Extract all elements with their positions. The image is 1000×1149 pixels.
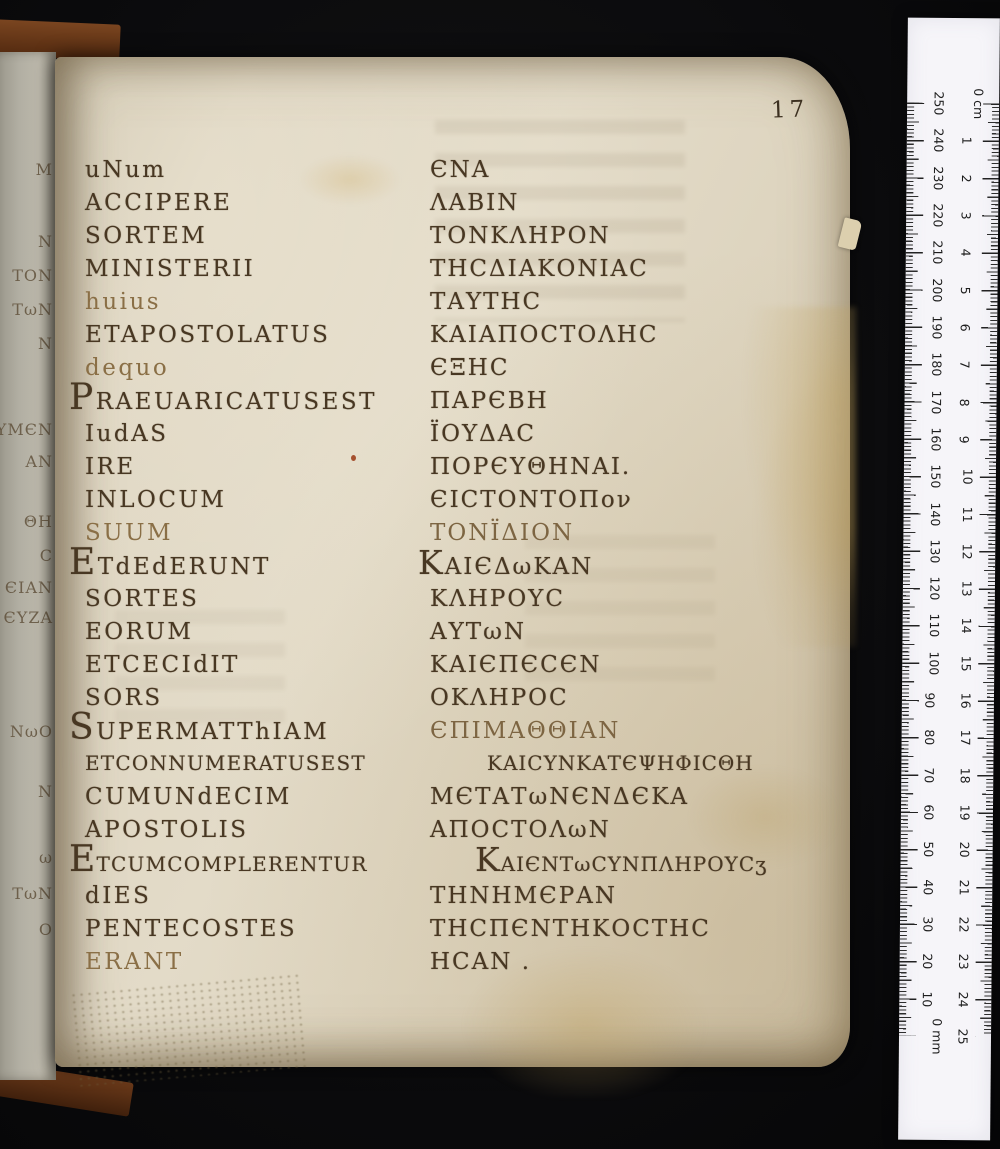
ruler-label-cm: 4	[958, 249, 973, 257]
ruler-label-mm: 140	[928, 502, 943, 526]
manuscript-line: SORTESΚΛΗΡΟΥС	[85, 586, 845, 619]
latin-text: PRAEUARICATUSEST	[85, 388, 377, 415]
latin-text: SORTEM	[85, 223, 207, 249]
ruler-label-cm: 21	[957, 879, 972, 895]
greek-text: ΠΟΡЄΥΘΗΝΑΙ.	[430, 454, 631, 480]
ruler-label-cm: 18	[958, 767, 973, 783]
ruler-label-mm: 200	[930, 278, 945, 302]
greek-text: ΑΠΟСΤΟΛωΝ	[430, 817, 611, 843]
facing-page-text-fragment: ΝωΟ	[10, 722, 53, 741]
facing-page-text-fragment: Ν	[38, 782, 53, 801]
ruler-label-cm: 9	[957, 435, 972, 443]
ruler-label-cm: 16	[958, 693, 973, 709]
greek-text: ΚΑΙЄΔωΚΑΝ	[430, 553, 593, 580]
greek-text: ΠΑΡЄΒΗ	[430, 388, 549, 414]
latin-text: huius	[85, 289, 161, 315]
manuscript-line: dIESΤΗΝΗΜЄΡΑΝ	[85, 883, 845, 916]
greek-text: ЄΝΑ	[430, 157, 490, 183]
greek-text: ΤΗΝΗΜЄΡΑΝ	[430, 883, 617, 909]
manuscript-line: ETCUMCOMPLERENTURΚΑΙЄΝΤωСΥΝΠΛΗΡΟΥСʒ	[85, 850, 845, 883]
facing-page-text-fragment: ΤωΝ	[12, 300, 53, 319]
greek-text: ΗСΑΝ .	[430, 949, 531, 975]
ruler-label-mm: 50	[921, 842, 936, 858]
facing-page-text-fragment: ЄΙΑΝ	[5, 578, 53, 597]
facing-page-text-fragment: ω	[39, 848, 53, 867]
ruler-label-mm: 160	[929, 427, 944, 451]
greek-text: ЄΙСΤΟΝΤΟΠον	[430, 487, 633, 513]
ruler-label-mm: 110	[927, 614, 942, 638]
greek-text: ΤΑΥΤΗС	[430, 289, 542, 315]
ruler-label-mm: 190	[930, 315, 945, 339]
ruler-label-mm: 210	[930, 241, 945, 265]
ruler-label-cm: 8	[957, 398, 972, 406]
ruler-label-mm: 80	[922, 730, 937, 746]
manuscript-line: SUPERMATThIAMЄΠΙΜΑΘΘΙΑΝ	[85, 718, 845, 751]
latin-text: ETCONNUMERATUSEST	[85, 751, 366, 775]
ruler-label-cm: 10	[960, 469, 975, 485]
latin-text: ETCECIdIT	[85, 652, 240, 678]
latin-text: SUPERMATThIAM	[85, 718, 329, 745]
greek-text: ΜЄΤΑΤωΝЄΝΔЄΚΑ	[430, 784, 689, 810]
facing-page-text-fragment: Ν	[38, 232, 53, 251]
ruler-label-mm: 60	[921, 804, 936, 820]
greek-text: ΚΑΙЄΝΤωСΥΝΠΛΗΡΟΥСʒ	[487, 850, 767, 876]
ruler-label-mm: 120	[927, 577, 942, 601]
manuscript-page: 17 uNumЄΝΑACCIPEREΛΑΒΙΝSORTEMΤΟΝΚΛΗΡΟΝMI…	[55, 57, 850, 1067]
manuscript-line: MINISTERIIΤΗСΔΙΑΚΟΝΙΑС	[85, 256, 845, 289]
ruler-label-mm: 0 mm	[929, 1018, 944, 1054]
manuscript-line: ETdEdERUNTΚΑΙЄΔωΚΑΝ	[85, 553, 845, 586]
manuscript-line: CUMUNdECIMΜЄΤΑΤωΝЄΝΔЄΚΑ	[85, 784, 845, 817]
ruler-label-cm: 11	[960, 506, 975, 522]
manuscript-line: SORSΟΚΛΗΡΟС	[85, 685, 845, 718]
manuscript-line: IREΠΟΡЄΥΘΗΝΑΙ.	[85, 454, 845, 487]
facing-page-text-fragment: Ο	[39, 920, 53, 939]
greek-text: ΤΗСΠЄΝΤΗΚΟСΤΗС	[430, 916, 711, 942]
greek-text: ΚΑΙΑΠΟСΤΟΛΗС	[430, 322, 658, 348]
ruler-label-cm: 7	[957, 361, 972, 369]
latin-text: ETCUMCOMPLERENTUR	[85, 850, 368, 876]
facing-page-text-fragment: Ν	[38, 334, 53, 353]
ruler-label-cm: 6	[958, 323, 973, 331]
manuscript-line: PRAEUARICATUSESTΠΑΡЄΒΗ	[85, 388, 845, 421]
ruler-cm-ticks	[975, 103, 999, 1036]
ruler-label-cm: 12	[960, 543, 975, 559]
ruler-label-mm: 70	[922, 767, 937, 783]
manuscript-line: SUUMΤΟΝΪΔΙΟΝ	[85, 520, 845, 553]
ruler-label-cm: 25	[955, 1029, 970, 1045]
latin-text: dIES	[85, 883, 151, 909]
ruler-label-mm: 130	[928, 539, 943, 563]
latin-text: IudAS	[85, 421, 169, 447]
latin-text: dequo	[85, 355, 169, 381]
facing-page-text-fragment: ΤΟΝ	[12, 266, 53, 285]
ruler-10mm-ticks	[899, 103, 924, 1036]
bilingual-text-block: uNumЄΝΑACCIPEREΛΑΒΙΝSORTEMΤΟΝΚΛΗΡΟΝMINIS…	[85, 157, 845, 1017]
ruler-label-cm: 24	[956, 991, 971, 1007]
greek-text: ΤΟΝΚΛΗΡΟΝ	[430, 223, 611, 249]
greek-text: ЄΠΙΜΑΘΘΙΑΝ	[430, 718, 620, 744]
manuscript-line: ETCECIdITΚΑΙЄΠЄСЄΝ	[85, 652, 845, 685]
manuscript-line: EORUMΑΥΤωΝ	[85, 619, 845, 652]
greek-text: ΑΥΤωΝ	[430, 619, 526, 645]
folio-number: 17	[771, 96, 809, 123]
ruler-label-cm: 13	[959, 581, 974, 597]
manuscript-line: PENTECOSTESΤΗСΠЄΝΤΗΚΟСΤΗС	[85, 916, 845, 949]
ruler-label-mm: 40	[921, 879, 936, 895]
manuscript-line: SORTEMΤΟΝΚΛΗΡΟΝ	[85, 223, 845, 256]
latin-text: IRE	[85, 454, 136, 480]
ruler-label-mm: 150	[928, 465, 943, 489]
ruler-label-mm: 10	[920, 991, 935, 1007]
greek-text: ΚΑΙЄΠЄСЄΝ	[430, 652, 601, 678]
facing-page-text-fragment: ЄΥΖΑ	[4, 608, 53, 627]
manuscript-line: ETAPOSTOLATUSΚΑΙΑΠΟСΤΟΛΗС	[85, 322, 845, 355]
greek-text: ΟΚΛΗΡΟС	[430, 685, 569, 711]
greek-text: ΚΑΙСΥΝΚΑΤЄΨΗΦΙСΘΗ	[487, 751, 754, 775]
ruler-label-mm: 220	[930, 203, 945, 227]
ruler-label-mm: 90	[922, 692, 937, 708]
latin-text: APOSTOLIS	[85, 817, 249, 843]
manuscript-line: INLOCUMЄΙСΤΟΝΤΟΠον	[85, 487, 845, 520]
ruler-label-cm: 20	[957, 842, 972, 858]
facing-page-text-fragment: ΤωΝ	[12, 884, 53, 903]
ruler-label-cm: 2	[959, 174, 974, 182]
manuscript-line: huiusΤΑΥΤΗС	[85, 289, 845, 322]
manuscript-line: ACCIPEREΛΑΒΙΝ	[85, 190, 845, 223]
facing-page-text-fragment: ΟΥΜЄΝ	[0, 420, 53, 439]
latin-text: SORTES	[85, 586, 199, 612]
greek-text: ЄΞΗС	[430, 355, 509, 381]
manuscript-line: dequoЄΞΗС	[85, 355, 845, 388]
greek-text: ΚΛΗΡΟΥС	[430, 586, 565, 612]
ruler-label-mm: 170	[929, 390, 944, 414]
latin-text: PENTECOSTES	[85, 916, 297, 942]
ruler-label-mm: 30	[920, 916, 935, 932]
ruler-label-mm: 180	[929, 353, 944, 377]
ruler-label-mm: 230	[931, 166, 946, 190]
ruler-label-cm: 1	[959, 137, 974, 145]
manuscript-line: IudASΪΟΥΔΑС	[85, 421, 845, 454]
ruler-label-mm: 20	[920, 954, 935, 970]
manuscript-line: ERANTΗСΑΝ .	[85, 949, 845, 982]
measuring-ruler: 2502402302202102001901801701601501401301…	[898, 18, 1000, 1141]
greek-text: ΤΗСΔΙΑΚΟΝΙΑС	[430, 256, 649, 282]
manuscript-line: APOSTOLISΑΠΟСΤΟΛωΝ	[85, 817, 845, 850]
latin-text: SORS	[85, 685, 163, 711]
manuscript-line: ETCONNUMERATUSESTΚΑΙСΥΝΚΑΤЄΨΗΦΙСΘΗ	[85, 751, 845, 784]
manuscript-photo: ΜΝΤΟΝΤωΝΝΟΥΜЄΝΑΝΘΗСЄΙΑΝЄΥΖΑΝωΟΝωΤωΝΟ 17 …	[0, 0, 1000, 1149]
ruler-label-cm: 22	[956, 917, 971, 933]
ruler-label-cm: 23	[956, 954, 971, 970]
ruler-label-cm: 19	[957, 805, 972, 821]
facing-page-edge: ΜΝΤΟΝΤωΝΝΟΥΜЄΝΑΝΘΗСЄΙΑΝЄΥΖΑΝωΟΝωΤωΝΟ	[0, 52, 56, 1080]
greek-text: ΛΑΒΙΝ	[430, 190, 519, 216]
latin-text: EORUM	[85, 619, 193, 645]
ruler-label-cm: 15	[959, 655, 974, 671]
ruler-label-cm: 17	[958, 730, 973, 746]
ruler-label-cm: 3	[959, 212, 974, 220]
latin-text: ETAPOSTOLATUS	[85, 322, 330, 348]
facing-page-text-fragment: ΑΝ	[25, 452, 53, 471]
ruler-mm-scale: 2502402302202102001901801701601501401301…	[908, 18, 1000, 19]
ruler-label-cm: 5	[958, 286, 973, 294]
latin-text: SUUM	[85, 520, 173, 546]
ruler-label-mm: 240	[931, 129, 946, 153]
facing-page-text-fragment: С	[40, 546, 53, 565]
latin-text: ERANT	[85, 949, 184, 975]
facing-page-text-fragment: ΘΗ	[24, 512, 53, 531]
latin-text: MINISTERII	[85, 256, 255, 282]
ruler-label-mm: 100	[927, 651, 942, 675]
ruler-label-cm: 14	[959, 618, 974, 634]
ruler-label-cm: 0 cm	[971, 88, 986, 119]
ruler-cm-scale: 0 cm123456789101112131415161718192021222…	[908, 18, 1000, 19]
greek-text: ΤΟΝΪΔΙΟΝ	[430, 520, 574, 546]
latin-text: uNum	[85, 157, 167, 183]
latin-text: CUMUNdECIM	[85, 784, 292, 810]
latin-text: INLOCUM	[85, 487, 226, 513]
greek-text: ΪΟΥΔΑС	[430, 421, 536, 447]
facing-page-text-fragment: Μ	[36, 160, 53, 179]
latin-text: ETdEdERUNT	[85, 553, 271, 580]
latin-text: ACCIPERE	[85, 190, 232, 216]
manuscript-line: uNumЄΝΑ	[85, 157, 845, 190]
ruler-label-mm: 250	[931, 91, 946, 115]
